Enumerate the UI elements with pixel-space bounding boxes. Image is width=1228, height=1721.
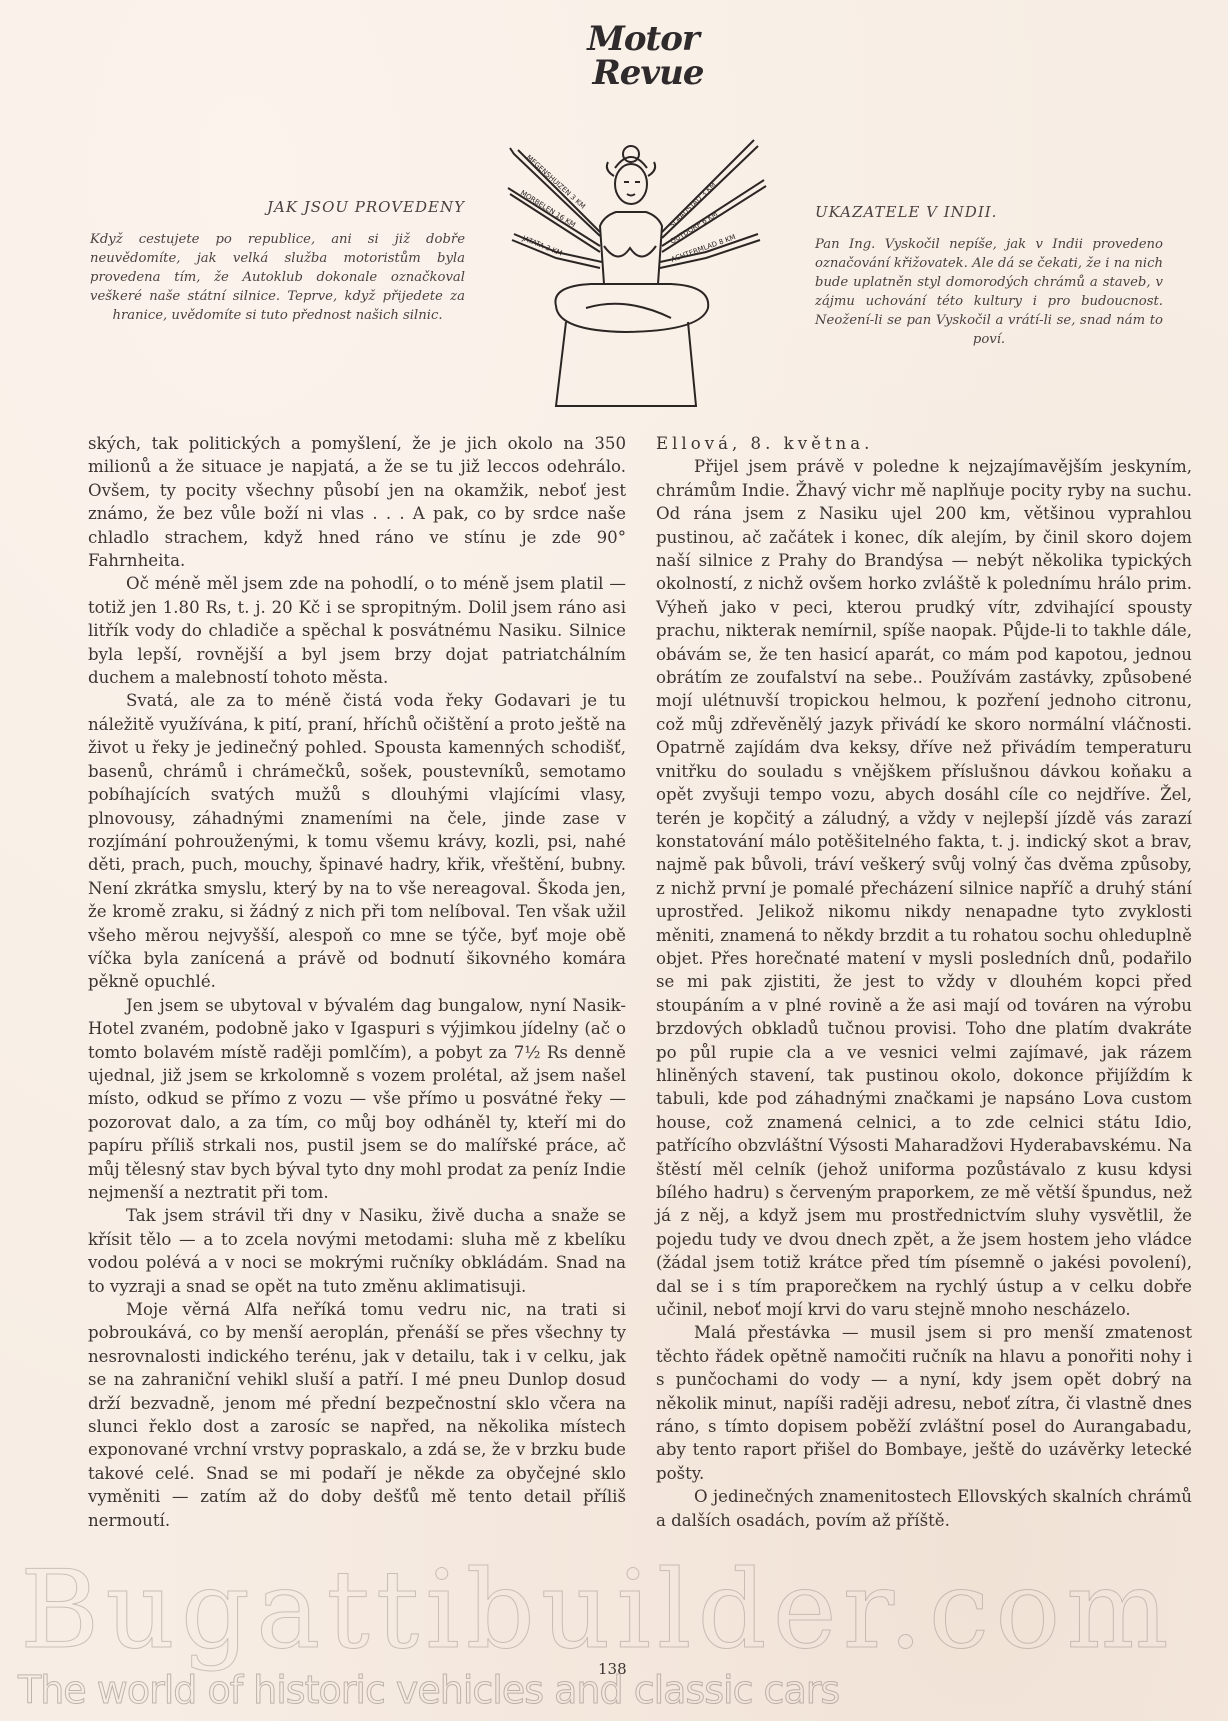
- paragraph: Svatá, ale za to méně čistá voda řeky Go…: [88, 689, 626, 993]
- caption-text: Když cestujete po republice, ani si již …: [90, 230, 465, 325]
- article-column-right: Ellová, 8. května. Přijel jsem právě v p…: [656, 432, 1192, 1532]
- watermark-tagline: The world of historic vehicles and class…: [18, 1668, 839, 1712]
- paragraph: Malá přestávka — musil jsem si pro menší…: [656, 1321, 1192, 1485]
- article-column-left: ských, tak politických a pomyšlení, že j…: [88, 432, 626, 1532]
- sidebar-caption-right: UKAZATELE V INDII. Pan Ing. Vyskočil nep…: [815, 203, 1163, 349]
- paragraph: Oč méně měl jsem zde na pohodlí, o to mé…: [88, 572, 626, 689]
- paragraph: Moje věrná Alfa neříká tomu vedru nic, n…: [88, 1298, 626, 1532]
- paragraph: Přijel jsem právě v poledne k nejzajímav…: [656, 455, 1192, 1321]
- paragraph: O jedinečných znamenitostech Ellovských …: [656, 1485, 1192, 1532]
- dateline: Ellová, 8. května.: [656, 432, 1192, 455]
- paragraph: Tak jsem strávil tři dny v Nasiku, živě …: [88, 1204, 626, 1298]
- caption-title: JAK JSOU PROVEDENY: [90, 198, 465, 216]
- paragraph: ských, tak politických a pomyšlení, že j…: [88, 432, 626, 572]
- watermark-site: Bugattibuilder.com: [20, 1548, 1220, 1673]
- deity-signpost-illustration: MEGENSHUIZEN 3 KM MORBELEN 16 KM JATATA …: [496, 136, 776, 410]
- masthead-line-2: Revue: [588, 56, 708, 90]
- caption-title: UKAZATELE V INDII.: [815, 203, 1163, 221]
- paragraph: Jen jsem se ubytoval v bývalém dag bunga…: [88, 994, 626, 1205]
- caption-text: Pan Ing. Vyskočil nepíše, jak v Indii pr…: [815, 235, 1163, 349]
- magazine-masthead: Motor Revue: [578, 22, 708, 90]
- masthead-line-1: Motor: [578, 22, 708, 56]
- sidebar-caption-left: JAK JSOU PROVEDENY Když cestujete po rep…: [90, 198, 465, 325]
